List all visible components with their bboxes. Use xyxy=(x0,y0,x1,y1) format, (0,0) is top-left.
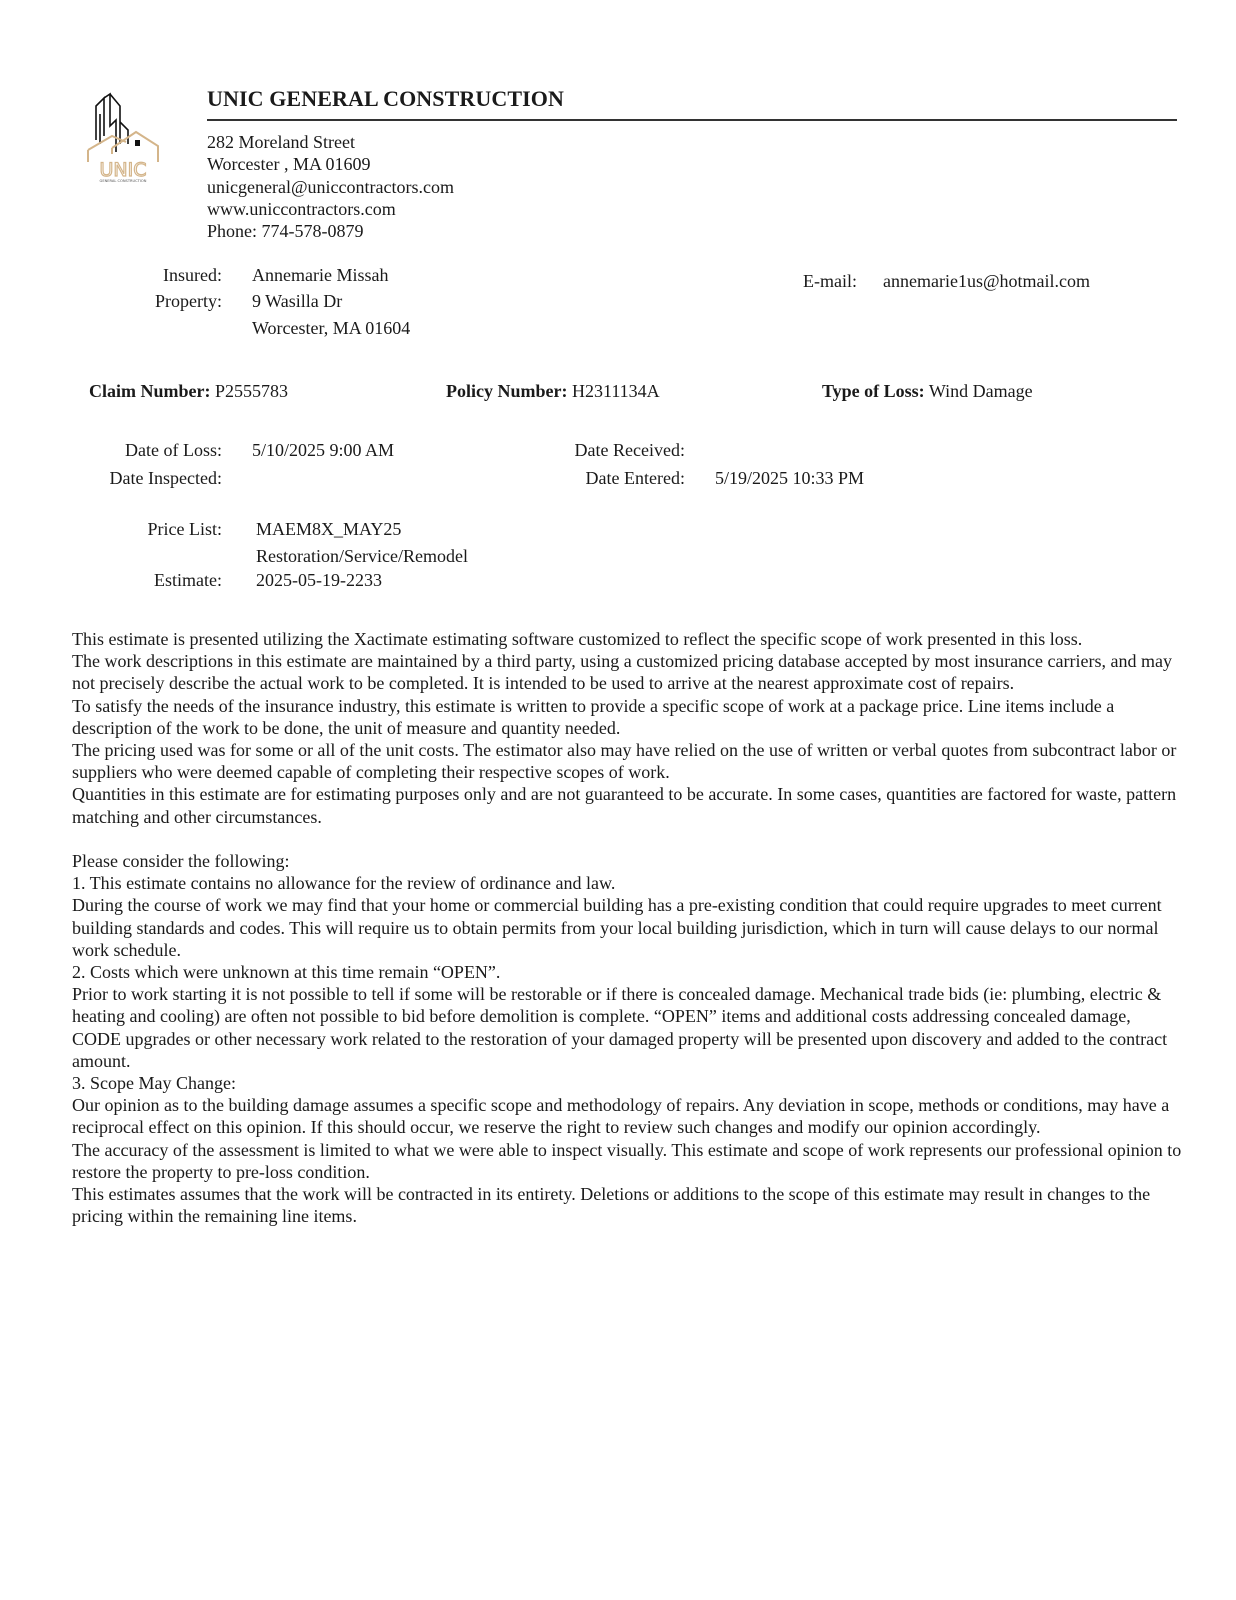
date-entered-value: 5/19/2025 10:33 PM xyxy=(715,468,864,489)
disclaimer-paragraph: The work descriptions in this estimate a… xyxy=(72,650,1182,694)
date-entered-label: Date Entered: xyxy=(586,468,685,489)
consider-item: 3. Scope May Change: xyxy=(72,1072,1182,1094)
consider-item: 1. This estimate contains no allowance f… xyxy=(72,872,1182,894)
price-list-label: Price List: xyxy=(148,519,223,540)
logo-text: UNIC xyxy=(100,159,147,181)
disclaimer-text: This estimate is presented utilizing the… xyxy=(72,628,1182,1227)
disclaimer-paragraph: To satisfy the needs of the insurance in… xyxy=(72,695,1182,739)
company-address-block: 282 Moreland Street Worcester , MA 01609… xyxy=(207,131,454,242)
consider-item: During the course of work we may find th… xyxy=(72,894,1182,961)
company-name: UNIC GENERAL CONSTRUCTION xyxy=(207,86,564,112)
company-street: 282 Moreland Street xyxy=(207,131,454,153)
consider-item: 2. Costs which were unknown at this time… xyxy=(72,961,1182,983)
disclaimer-paragraph: The pricing used was for some or all of … xyxy=(72,739,1182,783)
property-line1: 9 Wasilla Dr xyxy=(252,291,342,312)
policy-number-label: Policy Number: xyxy=(446,381,567,401)
date-of-loss-label: Date of Loss: xyxy=(125,440,222,461)
price-list-type: Restoration/Service/Remodel xyxy=(256,546,468,567)
email-label: E-mail: xyxy=(803,271,857,292)
date-inspected-label: Date Inspected: xyxy=(110,468,222,489)
insured-value: Annemarie Missah xyxy=(252,265,388,286)
company-city: Worcester , MA 01609 xyxy=(207,153,454,175)
company-logo: UNIC GENERAL CONSTRUCTION xyxy=(86,92,162,184)
consider-item: The accuracy of the assessment is limite… xyxy=(72,1139,1182,1183)
property-line2: Worcester, MA 01604 xyxy=(252,318,410,339)
claim-number-value: P2555783 xyxy=(215,381,288,401)
consider-item: This estimates assumes that the work wil… xyxy=(72,1183,1182,1227)
disclaimer-paragraph: Quantities in this estimate are for esti… xyxy=(72,783,1182,827)
policy-number-value: H2311134A xyxy=(572,381,660,401)
company-email: unicgeneral@uniccontractors.com xyxy=(207,176,454,198)
type-of-loss-value: Wind Damage xyxy=(929,381,1033,401)
type-of-loss: Type of Loss: Wind Damage xyxy=(822,381,1033,402)
estimate-label: Estimate: xyxy=(154,570,222,591)
paragraph-gap xyxy=(72,828,1182,850)
claim-number: Claim Number: P2555783 xyxy=(89,381,288,402)
policy-number: Policy Number: H2311134A xyxy=(446,381,660,402)
date-received-label: Date Received: xyxy=(575,440,685,461)
property-label: Property: xyxy=(155,291,222,312)
type-of-loss-label: Type of Loss: xyxy=(822,381,925,401)
price-list-value: MAEM8X_MAY25 xyxy=(256,519,401,540)
building-logo-icon: UNIC GENERAL CONSTRUCTION xyxy=(86,92,162,184)
company-phone: Phone: 774-578-0879 xyxy=(207,220,454,242)
date-of-loss-value: 5/10/2025 9:00 AM xyxy=(252,440,394,461)
insured-label: Insured: xyxy=(163,265,222,286)
consider-heading: Please consider the following: xyxy=(72,850,1182,872)
estimate-value: 2025-05-19-2233 xyxy=(256,570,382,591)
email-value: annemarie1us@hotmail.com xyxy=(883,271,1090,292)
consider-item: Our opinion as to the building damage as… xyxy=(72,1094,1182,1138)
disclaimer-paragraph: This estimate is presented utilizing the… xyxy=(72,628,1182,650)
consider-item: Prior to work starting it is not possibl… xyxy=(72,983,1182,1072)
header-divider xyxy=(207,119,1177,121)
company-website: www.uniccontractors.com xyxy=(207,198,454,220)
claim-number-label: Claim Number: xyxy=(89,381,210,401)
logo-subtext: GENERAL CONSTRUCTION xyxy=(100,179,147,183)
